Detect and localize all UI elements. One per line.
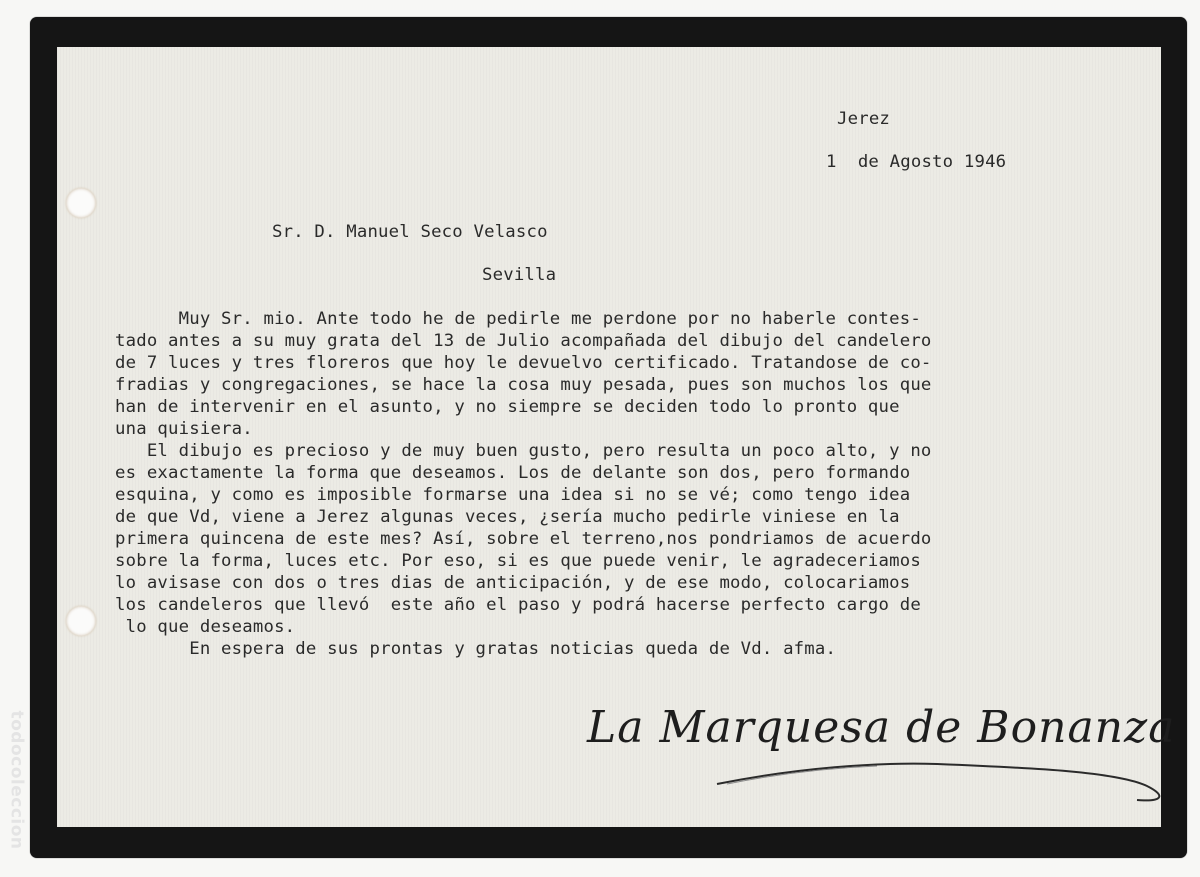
recipient-name: Sr. D. Manuel Seco Velasco (272, 222, 548, 242)
watermark: todocoleccion (4, 700, 30, 860)
body-line: primera quincena de este mes? Así, sobre… (115, 529, 932, 549)
body-line: esquina, y como es imposible formarse un… (115, 485, 910, 505)
punch-hole-bottom (66, 606, 96, 636)
punch-hole-top (66, 188, 96, 218)
signature-flourish-icon (577, 702, 1187, 812)
letter-date: 1 de Agosto 1946 (826, 152, 1006, 172)
recipient-city: Sevilla (482, 265, 556, 285)
watermark-text: todocoleccion (7, 710, 27, 849)
letter-body: Muy Sr. mio. Ante todo he de pedirle me … (115, 309, 179, 669)
body-line: En espera de sus prontas y gratas notici… (115, 639, 836, 659)
body-line: sobre la forma, luces etc. Por eso, si e… (115, 551, 921, 571)
body-line: han de intervenir en el asunto, y no sie… (115, 397, 900, 417)
handwritten-signature: La Marquesa de Bonanza (577, 702, 1187, 812)
body-line: una quisiera. (115, 419, 253, 439)
body-line: lo avisase con dos o tres dias de antici… (115, 573, 910, 593)
body-line: los candeleros que llevó este año el pas… (115, 595, 921, 615)
body-line: Muy Sr. mio. Ante todo he de pedirle me … (115, 309, 921, 329)
mourning-letter-card: Jerez 1 de Agosto 1946 Sr. D. Manuel Sec… (30, 17, 1187, 858)
body-line: lo que deseamos. (115, 617, 295, 637)
body-line: El dibujo es precioso y de muy buen gust… (115, 441, 932, 461)
letter-paper: Jerez 1 de Agosto 1946 Sr. D. Manuel Sec… (57, 47, 1161, 827)
body-line: de que Vd, viene a Jerez algunas veces, … (115, 507, 900, 527)
body-line: fradias y congregaciones, se hace la cos… (115, 375, 932, 395)
body-line: de 7 luces y tres floreros que hoy le de… (115, 353, 932, 373)
body-line: tado antes a su muy grata del 13 de Juli… (115, 331, 932, 351)
body-line: es exactamente la forma que deseamos. Lo… (115, 463, 910, 483)
letter-place: Jerez (837, 109, 890, 129)
